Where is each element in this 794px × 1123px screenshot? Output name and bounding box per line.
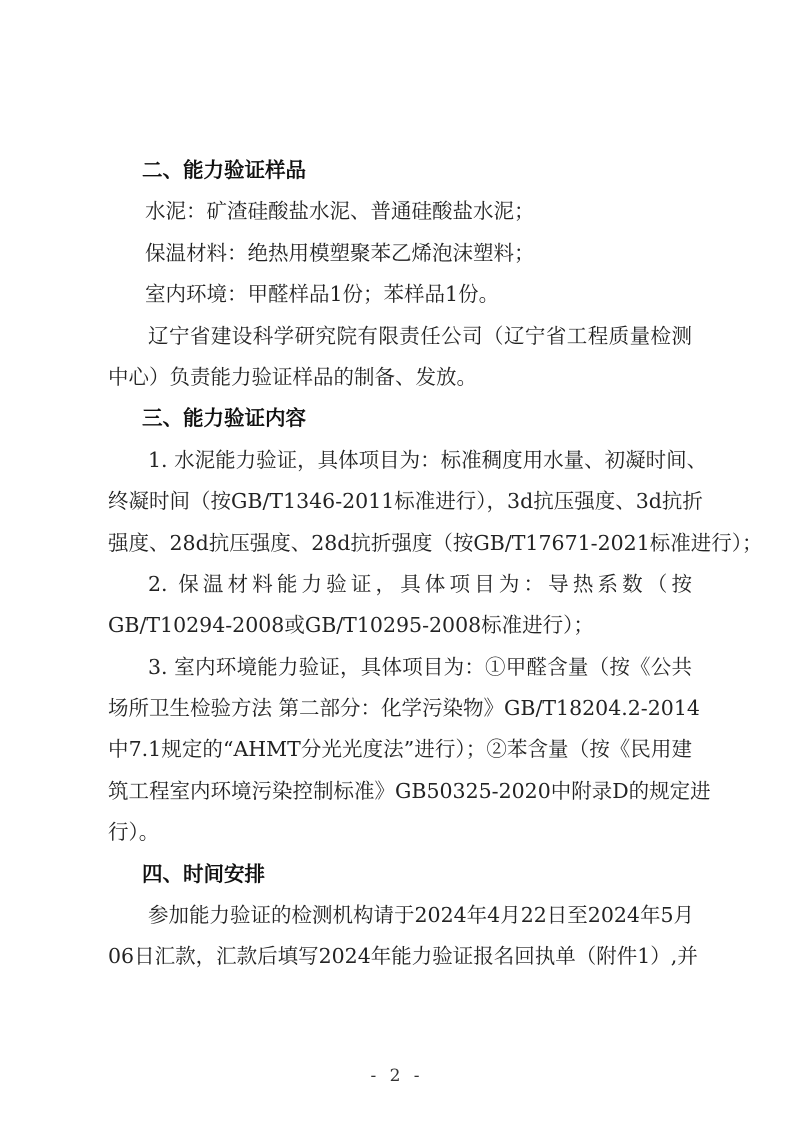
item2-line-1: 2. 保温材料能力验证，具体项目为：导热系数（按 — [108, 564, 692, 605]
section-heading-content: 三、能力验证内容 — [108, 398, 692, 439]
page-number: - 2 - — [0, 1066, 794, 1086]
item3-line-1: 3. 室内环境能力验证，具体项目为：①甲醛含量（按《公共 — [108, 647, 692, 688]
sample-provider-line-2: 中心）负责能力验证样品的制备、发放。 — [108, 357, 692, 398]
item3-line-5: 行）。 — [108, 812, 692, 853]
item2-line-2: GB/T10294-2008或GB/T10295-2008标准进行）； — [108, 605, 692, 646]
item1-line-2: 终凝时间（按GB/T1346-2011标准进行），3d抗压强度、3d抗折 — [108, 481, 692, 522]
document-page: 二、能力验证样品 水泥：矿渣硅酸盐水泥、普通硅酸盐水泥； 保温材料：绝热用模塑聚… — [0, 0, 794, 1123]
item3-line-2: 场所卫生检验方法 第二部分：化学污染物》GB/T18204.2-2014 — [108, 688, 692, 729]
page-content: 二、能力验证样品 水泥：矿渣硅酸盐水泥、普通硅酸盐水泥； 保温材料：绝热用模塑聚… — [108, 150, 692, 978]
schedule-line-1: 参加能力验证的检测机构请于2024年4月22日至2024年5月 — [108, 895, 692, 936]
sample-indoor-environment: 室内环境：甲醛样品1份；苯样品1份。 — [108, 274, 692, 315]
item1-line-3: 强度、28d抗压强度、28d抗折强度（按GB/T17671-2021标准进行）； — [108, 523, 692, 564]
schedule-line-2: 06日汇款，汇款后填写2024年能力验证报名回执单（附件1）,并 — [108, 936, 692, 977]
item3-line-3: 中7.1规定的“AHMT分光光度法”进行）；②苯含量（按《民用建 — [108, 729, 692, 770]
sample-provider-line-1: 辽宁省建设科学研究院有限责任公司（辽宁省工程质量检测 — [108, 316, 692, 357]
item1-line-1: 1. 水泥能力验证，具体项目为：标准稠度用水量、初凝时间、 — [108, 440, 692, 481]
sample-insulation: 保温材料：绝热用模塑聚苯乙烯泡沫塑料； — [108, 233, 692, 274]
sample-cement: 水泥：矿渣硅酸盐水泥、普通硅酸盐水泥； — [108, 191, 692, 232]
section-heading-samples: 二、能力验证样品 — [108, 150, 692, 191]
item3-line-4: 筑工程室内环境污染控制标准》GB50325-2020中附录D的规定进 — [108, 771, 692, 812]
section-heading-schedule: 四、时间安排 — [108, 854, 692, 895]
